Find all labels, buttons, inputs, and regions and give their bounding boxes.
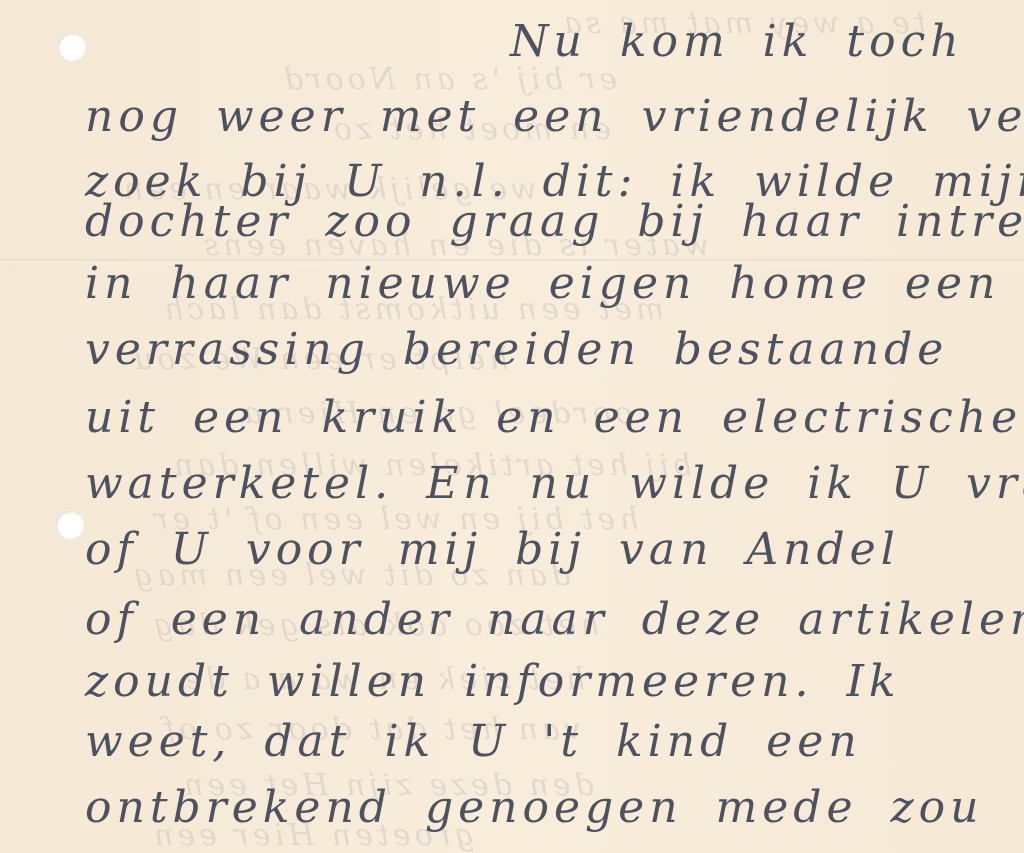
- letter-line: in haar nieuwe eigen home een: [85, 262, 1000, 306]
- letter-line: ontbrekend genoegen mede zou: [85, 786, 984, 830]
- letter-line: of U voor mij bij van Andel: [85, 528, 900, 572]
- letter-line: of een ander naar deze artikelen: [85, 598, 1024, 642]
- letter-line: Nu kom ik toch: [510, 20, 964, 64]
- letter-line: zoudt willen informeeren. Ik: [85, 660, 901, 704]
- letter-line: nog weer met een vriendelijk ver-: [85, 95, 1024, 139]
- letter-line: uit een kruik en een electrische: [85, 396, 1022, 440]
- letter-body: Nu kom ik toch nog weer met een vriendel…: [0, 0, 1024, 853]
- letter-line: verrassing bereiden bestaande: [85, 328, 948, 372]
- letter-line: waterketel. En nu wilde ik U vragen: [85, 462, 1024, 506]
- letter-line: weet, dat ik U 't kind een: [85, 720, 862, 764]
- letter-line: dochter zoo graag bij haar intrede: [85, 200, 1024, 244]
